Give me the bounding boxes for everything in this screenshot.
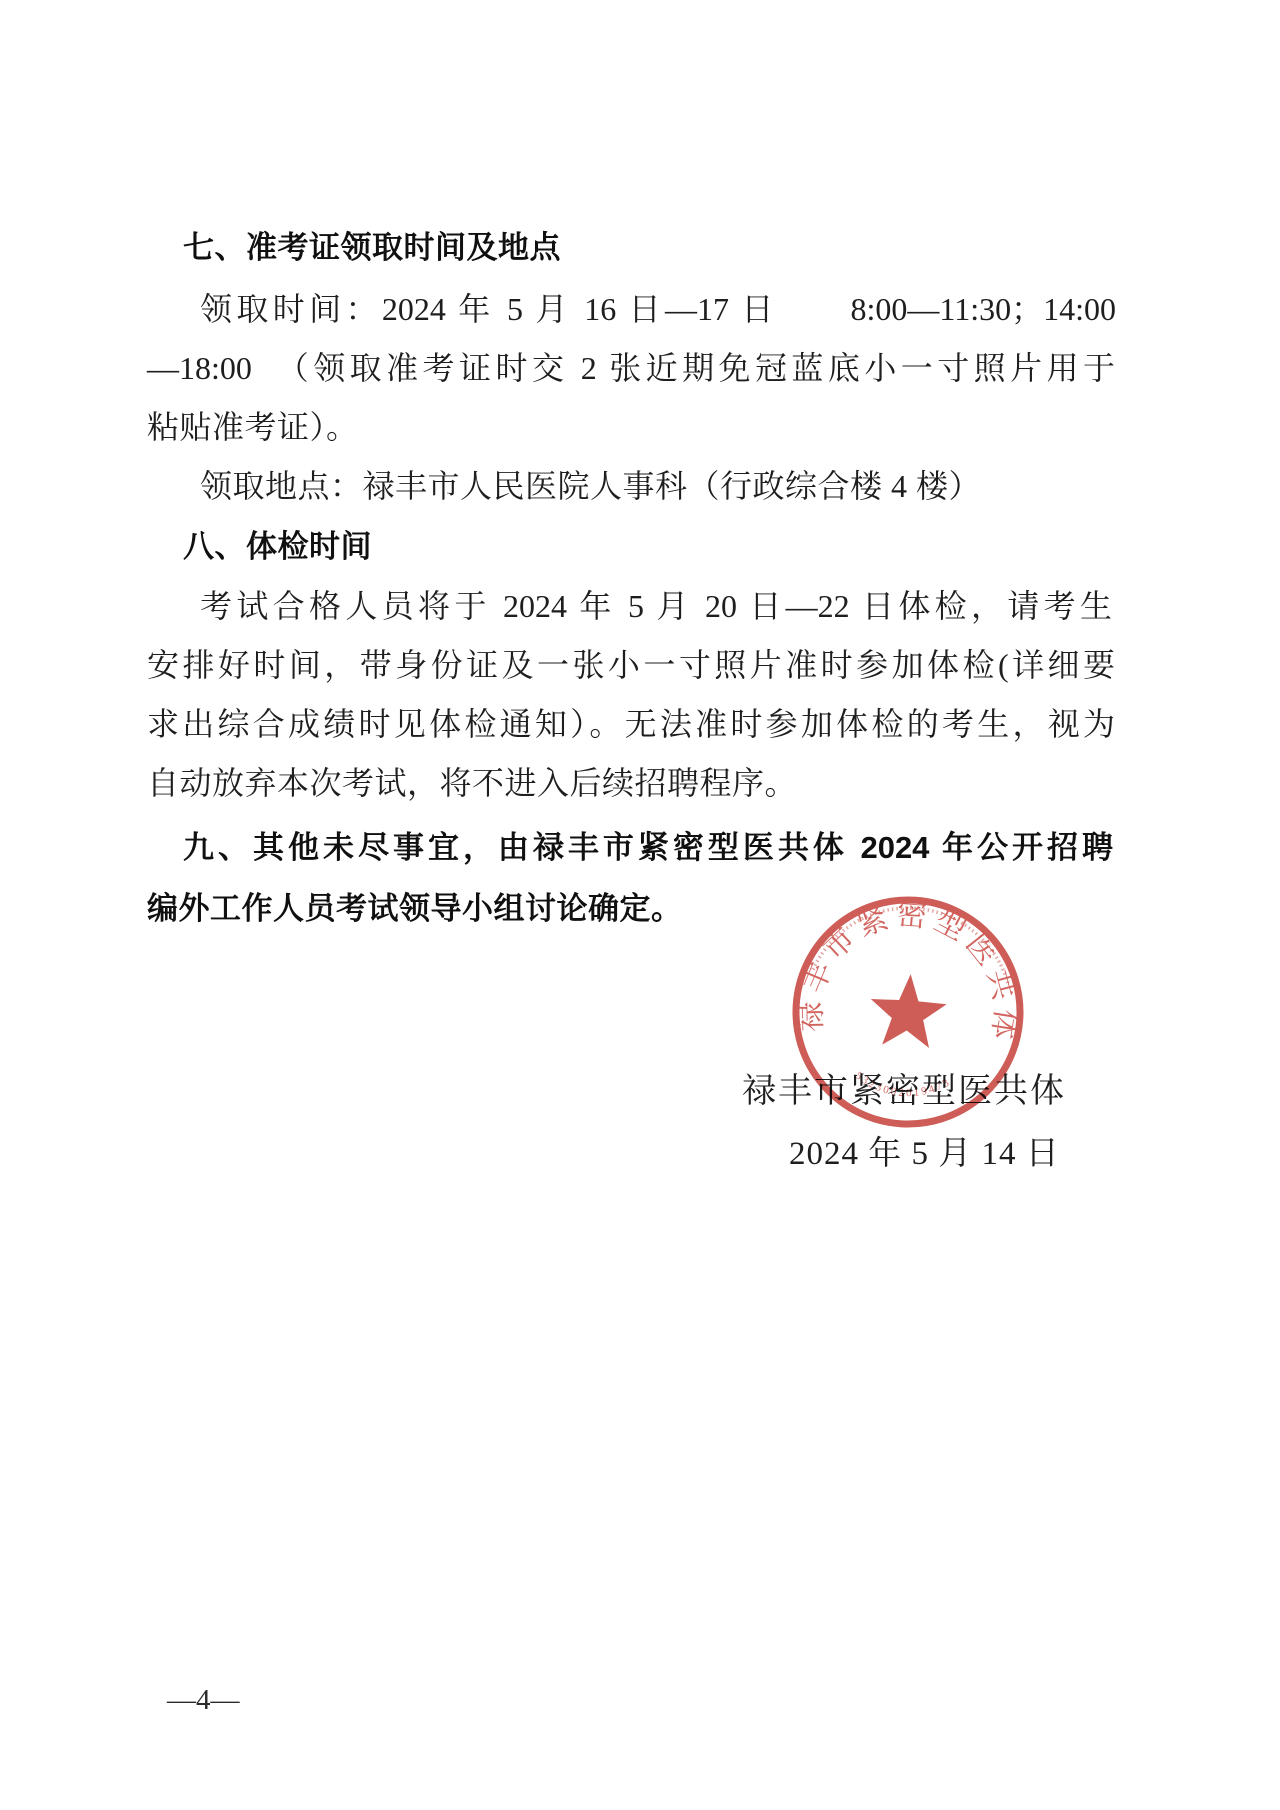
seal-star-icon [868, 971, 949, 1049]
page-number: —4— [167, 1680, 240, 1720]
signature-date: 2024 年 5 月 14 日 [789, 1134, 1060, 1174]
document-page: 七、准考证领取时间及地点 领取时间：2024 年 5 月 16 日—17 日 8… [0, 0, 1280, 1810]
section-9-heading-line-1: 九、其他未尽事宜，由禄丰市紧密型医共体 2024 年公开招聘 [183, 828, 1113, 868]
svg-text:5323002019473: 5323002019473 [852, 1069, 954, 1102]
seal-serial-number: 5323002019473 [852, 1069, 954, 1102]
section-7-pickup-time-line-3: 粘贴准考证）。 [147, 407, 359, 447]
official-seal-stamp-image: 禄丰市紧密型医共体 5323002019473 [788, 892, 1028, 1132]
section-8-body-line-4: 自动放弃本次考试，将不进入后续招聘程序。 [147, 763, 797, 803]
section-8-body-line-3: 求出综合成绩时见体检通知）。无法准时参加体检的考生，视为 [147, 704, 1115, 744]
section-9-heading-line-2: 编外工作人员考试领导小组讨论确定。 [147, 889, 683, 929]
section-7-pickup-time-line-1: 领取时间：2024 年 5 月 16 日—17 日 8:00—11:30；14:… [200, 289, 1116, 329]
section-8-body-line-1: 考试合格人员将于 2024 年 5 月 20 日—22 日体检，请考生 [200, 586, 1112, 626]
section-8-body-line-2: 安排好时间，带身份证及一张小一寸照片准时参加体检(详细要 [147, 645, 1115, 685]
section-7-heading: 七、准考证领取时间及地点 [183, 228, 561, 268]
section-7-pickup-place-line: 领取地点：禄丰市人民医院人事科（行政综合楼 4 楼） [200, 466, 981, 506]
section-7-pickup-time-line-2: —18:00 （领取准考证时交 2 张近期免冠蓝底小一寸照片用于 [147, 348, 1115, 388]
section-8-heading: 八、体检时间 [183, 527, 372, 567]
